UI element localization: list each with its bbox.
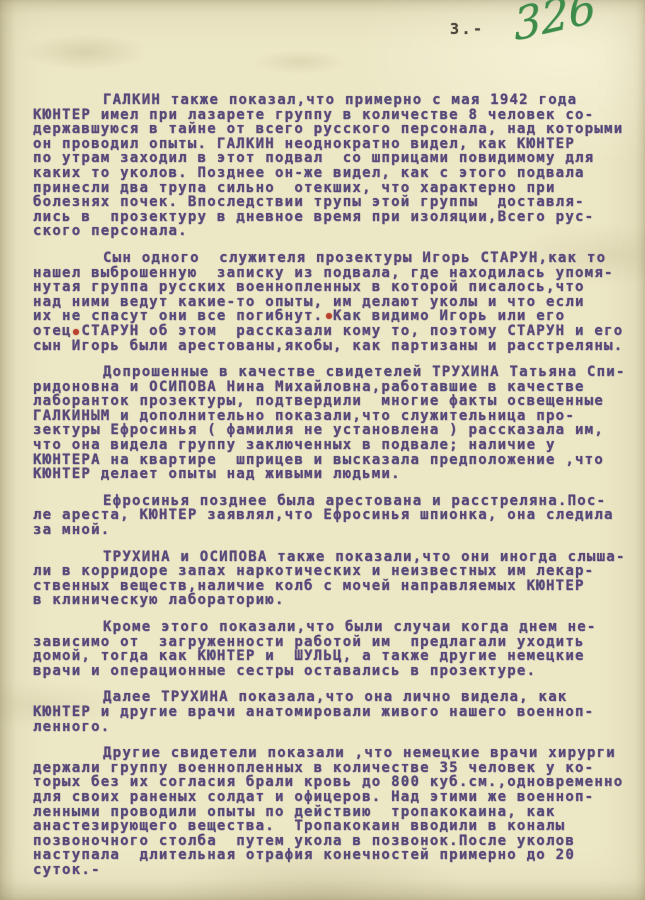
paragraph-8: Другие свидетели показали ,что немецкие … — [33, 746, 642, 877]
paragraph-4: Ефросинья позднее была арестована и расс… — [33, 494, 642, 538]
typed-page-number: 3.- — [450, 20, 485, 38]
paragraph-5: ТРУХИНА и ОСИПОВА также показали,что они… — [33, 550, 642, 608]
red-pencil-mark — [73, 329, 79, 335]
paragraph-1: ГАЛКИН также показал,что примерно с мая … — [33, 93, 642, 239]
handwritten-folio-number: 326 — [512, 0, 598, 55]
typewritten-text: ГАЛКИН также показал,что примерно с мая … — [33, 93, 642, 890]
document-page: 3.- 326 ГАЛКИН также показал,что примерн… — [0, 0, 645, 900]
red-pencil-mark — [326, 313, 332, 319]
paragraph-3: Допрошенные в качестве свидетелей ТРУХИН… — [33, 365, 642, 482]
paragraph-2: Сын одного служителя прозектуры Игорь СТ… — [33, 251, 642, 353]
paragraph-7: Далее ТРУХИНА показала,что она лично вид… — [33, 690, 642, 734]
paragraph-6: Кроме этого показали,что были случаи ког… — [33, 620, 642, 678]
